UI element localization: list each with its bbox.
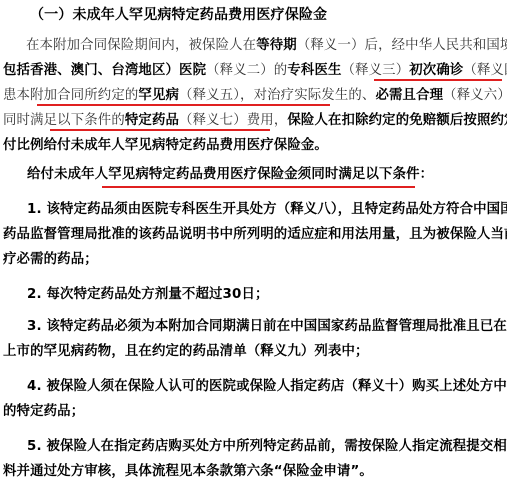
term-waiting-period: 等待期 <box>256 38 297 53</box>
conditions-header: 给付未成年人罕见病特定药品费用医疗保险金须同时满足以下条件： <box>27 166 433 184</box>
term-rare-disease: 罕见病 <box>138 88 179 103</box>
section-title: （一）未成年人罕见病特定药品费用医疗保险金 <box>30 6 327 24</box>
term-specific-drug: 特定药品 <box>125 113 179 128</box>
annotation-underline-2 <box>37 104 330 106</box>
annotation-underline-4 <box>102 186 415 188</box>
paragraph-line-3: 患本附加合同所约定的罕见病（释义五），对治疗实际发生的、必需且合理（释义六）的且 <box>3 87 507 105</box>
paragraph-line-2: 包括香港、澳门、台湾地区）医院（释义二）的专科医生（释义三）初次确诊（释义四）罹 <box>3 62 507 80</box>
paragraph-line-5: 付比例给付未成年人罕见病特定药品费用医疗保险金。 <box>3 137 328 155</box>
paragraph-line-1: 在本附加合同保险期间内，被保险人在等待期（释义一）后，经中华人民共和国境内（不 <box>26 37 507 55</box>
annotation-underline-1 <box>374 79 502 81</box>
term-necessary-reasonable: 必需且合理 <box>375 88 443 103</box>
annotation-underline-3 <box>50 129 270 131</box>
term-first-diagnosis: 初次确诊 <box>409 63 463 78</box>
term-specialist: 专科医生 <box>287 63 341 78</box>
paragraph-line-4: 同时满足以下条件的特定药品（释义七）费用，保险人在扣除约定的免赔额后按照约定的给 <box>3 112 507 130</box>
